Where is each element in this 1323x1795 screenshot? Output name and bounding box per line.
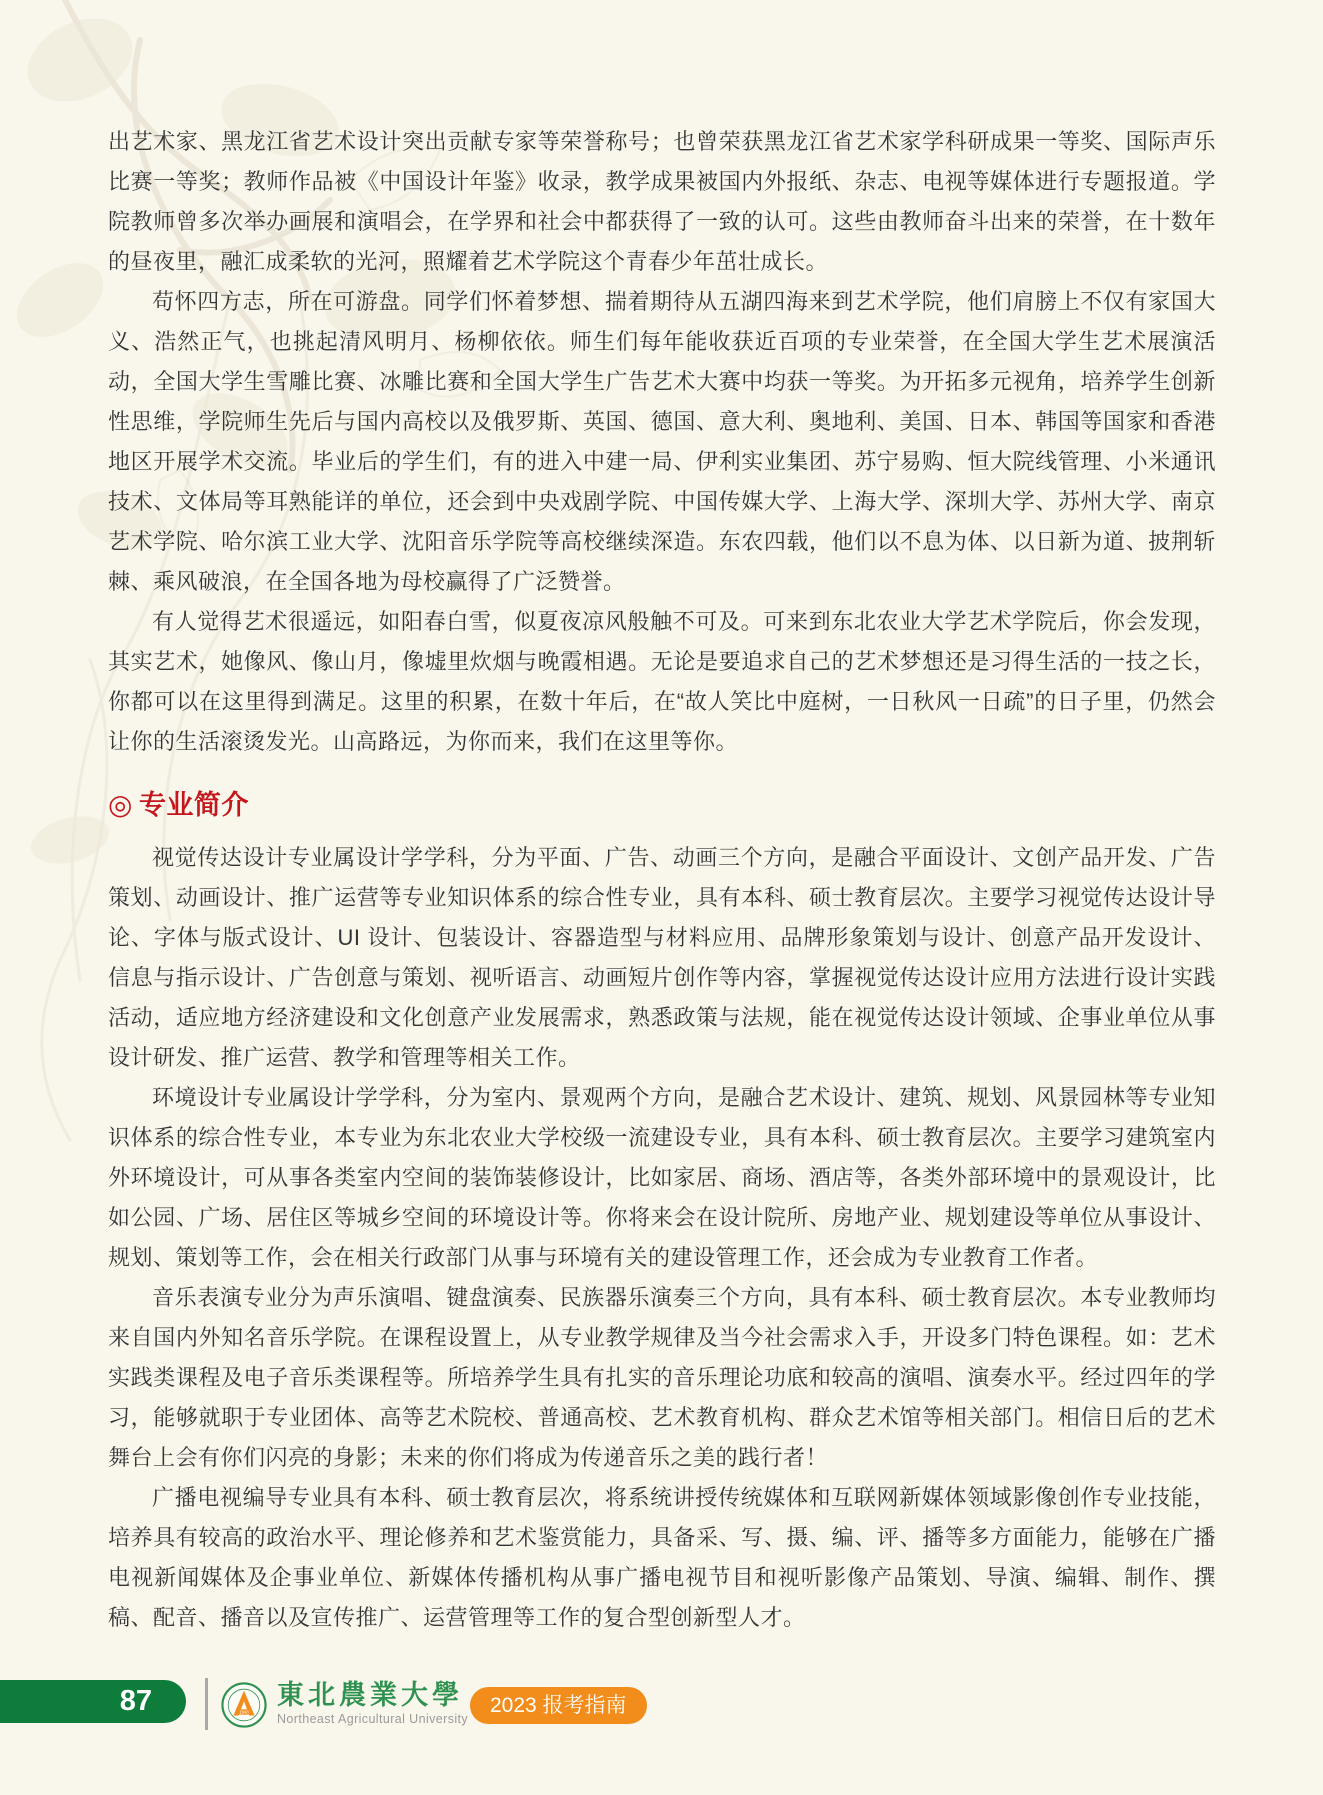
document-page: 出艺术家、黑龙江省艺术设计突出贡献专家等荣誉称号；也曾荣获黑龙江省艺术家学科研成… (0, 0, 1323, 1795)
paragraph-environment-design: 环境设计专业属设计学学科，分为室内、景观两个方向，是融合艺术设计、建筑、规划、风… (108, 1078, 1216, 1278)
university-name-zh: 東北農業大學 (277, 1680, 497, 1712)
paragraph-broadcast-directing: 广播电视编导专业具有本科、硕士教育层次，将系统讲授传统媒体和互联网新媒体领域影像… (108, 1478, 1216, 1638)
paragraph-art-life: 有人觉得艺术很遥远，如阳春白雪，似夏夜凉风般触不可及。可来到东北农业大学艺术学院… (108, 602, 1216, 762)
paragraph-visual-design: 视觉传达设计专业属设计学学科，分为平面、广告、动画三个方向，是融合平面设计、文创… (108, 838, 1216, 1078)
page-number: 87 (120, 1680, 152, 1723)
paragraph-students: 苟怀四方志，所在可游盘。同学们怀着梦想、揣着期待从五湖四海来到艺术学院，他们肩膀… (108, 282, 1216, 602)
article-body: 出艺术家、黑龙江省艺术设计突出贡献专家等荣誉称号；也曾荣获黑龙江省艺术家学科研成… (108, 122, 1216, 1638)
page-footer: 87 1948 東北農業大學 Northeast Agricultural Un… (0, 1678, 1323, 1738)
university-logo-icon: 1948 (221, 1682, 267, 1728)
footer-divider (205, 1678, 208, 1730)
logo-year-text: 1948 (239, 1710, 249, 1715)
section-heading-major-intro: ◎ 专业简介 (108, 788, 1216, 822)
section-heading-text: 专业简介 (139, 788, 249, 822)
page-number-tab: 87 (0, 1680, 186, 1723)
university-wordmark: 東北農業大學 Northeast Agricultural University (277, 1680, 497, 1726)
university-name-en: Northeast Agricultural University (277, 1712, 497, 1726)
double-circle-bullet-icon: ◎ (108, 791, 133, 819)
guide-year-badge: 2023 报考指南 (470, 1687, 647, 1724)
paragraph-music-performance: 音乐表演专业分为声乐演唱、键盘演奏、民族器乐演奏三个方向，具有本科、硕士教育层次… (108, 1278, 1216, 1478)
paragraph-honors: 出艺术家、黑龙江省艺术设计突出贡献专家等荣誉称号；也曾荣获黑龙江省艺术家学科研成… (108, 122, 1216, 282)
